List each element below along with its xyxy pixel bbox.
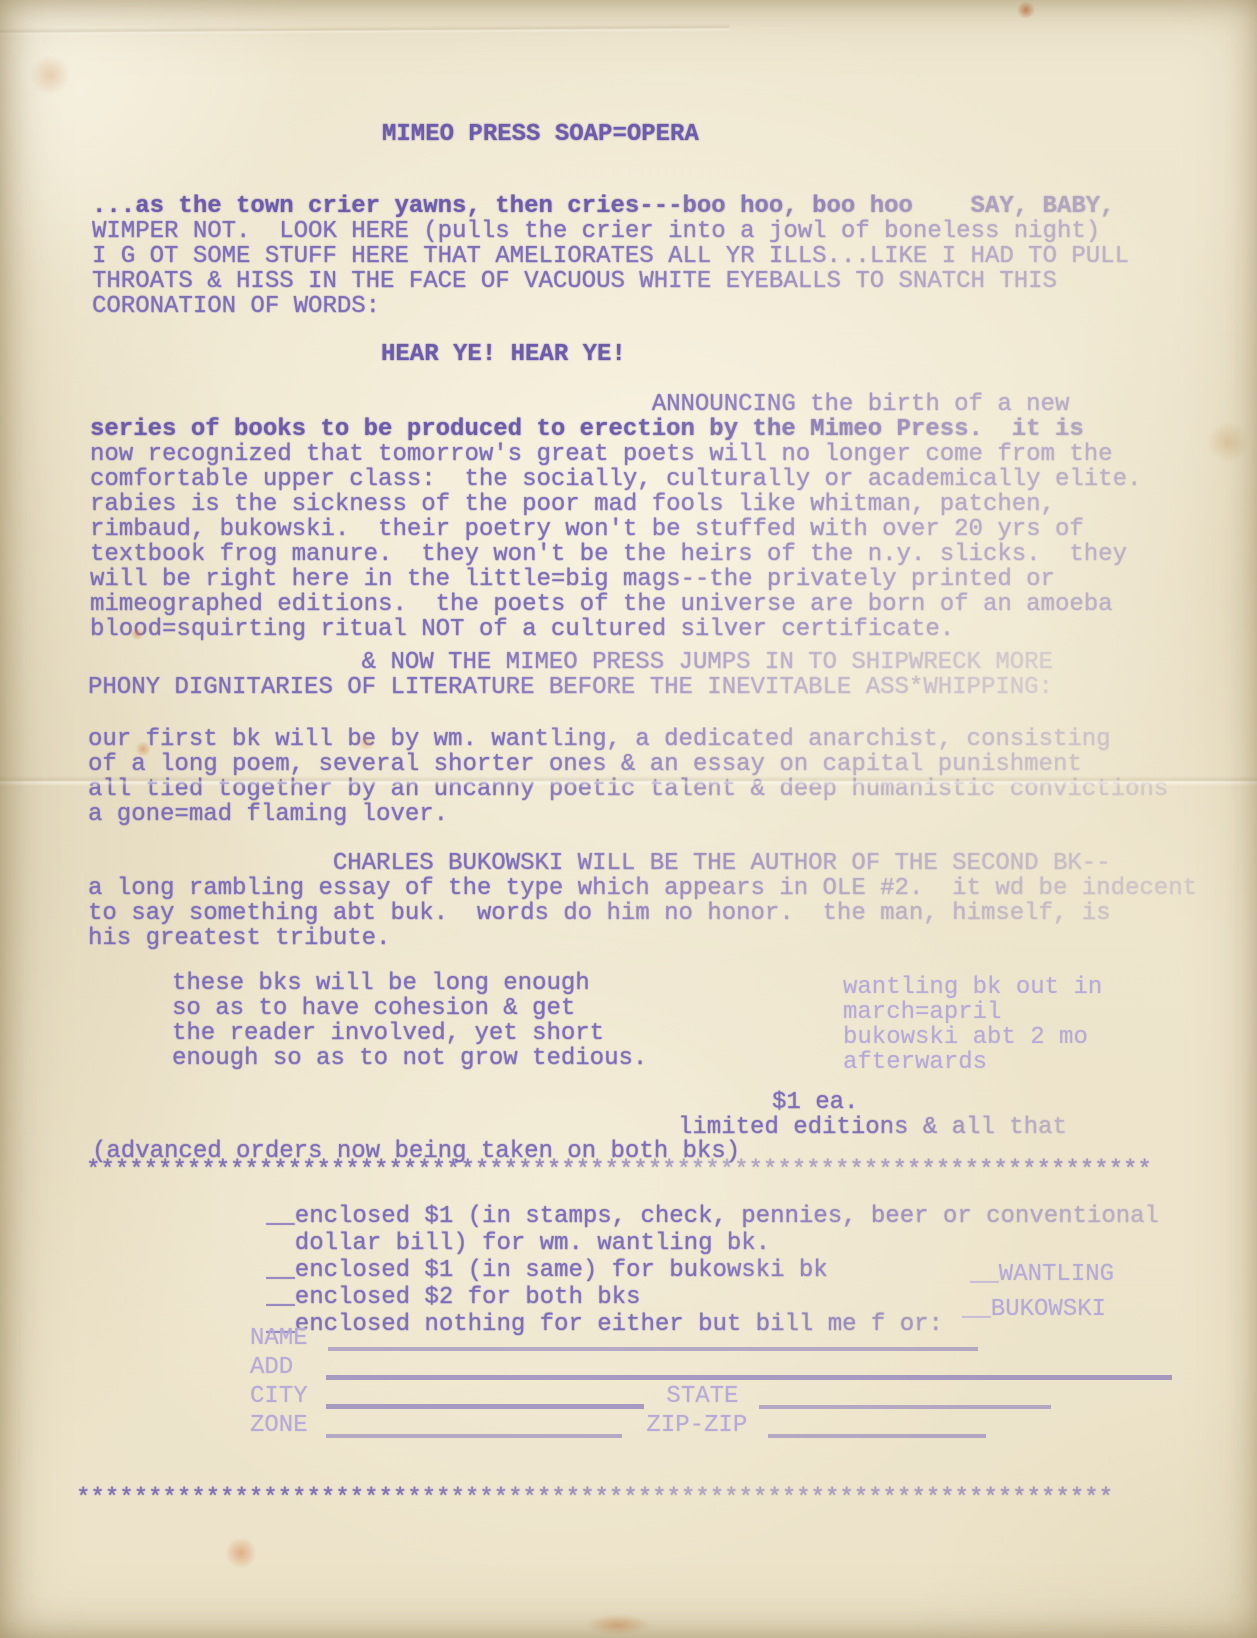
price-line: $1 ea. — [772, 1090, 858, 1115]
mimeo-flyer-page: MIMEO PRESS SOAP=OPERA ...as the town cr… — [0, 0, 1257, 1638]
text-line: blood=squirting ritual NOT of a cultured… — [90, 617, 1141, 642]
zone-zip-field-row: ZONE ZIP-ZIP — [250, 1413, 986, 1442]
state-blank-underline — [759, 1389, 1051, 1409]
text-line: rabies is the sickness of the poor mad f… — [90, 492, 1141, 517]
name-field-row: NAME — [250, 1326, 978, 1355]
paper-stain — [224, 1538, 258, 1568]
paper-stain — [586, 1614, 650, 1636]
text-line: comfortable upper class: the socially, c… — [90, 467, 1141, 492]
asterisk-divider-bottom: ****************************************… — [76, 1486, 1113, 1511]
text-line: march=april — [843, 1000, 1102, 1025]
hear-ye-heading: HEAR YE! HEAR YE! — [381, 342, 626, 367]
text-line: our first bk will be by wm. wantling, a … — [88, 727, 1168, 752]
text-line: CHARLES BUKOWSKI WILL BE THE AUTHOR OF T… — [88, 851, 1197, 876]
text-line: wantling bk out in — [843, 975, 1102, 1000]
announcement-paragraph: ANNOUNCING the birth of a new series of … — [90, 392, 1141, 642]
text-line: I G OT SOME STUFF HERE THAT AMELIORATES … — [92, 244, 1129, 269]
text-line: the reader involved, yet short — [172, 1021, 647, 1046]
text-line: rimbaud, bukowski. their poetry won't be… — [90, 517, 1141, 542]
text-line: CORONATION OF WORDS: — [92, 294, 1129, 319]
limited-editions-line: limited editions & all that — [678, 1115, 1067, 1140]
text-line: enough so as to not grow tedious. — [172, 1046, 647, 1071]
text-line: series of books to be produced to erecti… — [90, 417, 1141, 442]
text-line: all tied together by an uncanny poetic t… — [88, 777, 1168, 802]
wantling-book-paragraph: our first bk will be by wm. wantling, a … — [88, 727, 1168, 827]
text-line: afterwards — [843, 1050, 1102, 1075]
city-label: CITY — [250, 1383, 308, 1410]
shipwreck-paragraph: & NOW THE MIMEO PRESS JUMPS IN TO SHIPWR… — [88, 650, 1053, 700]
asterisk-divider-top: ****************************************… — [86, 1158, 1152, 1183]
text-line: THROATS & HISS IN THE FACE OF VACUOUS WH… — [92, 269, 1129, 294]
text-line: bukowski abt 2 mo — [843, 1025, 1102, 1050]
schedule-note-column: wantling bk out in march=april bukowski … — [843, 975, 1102, 1075]
text-line: PHONY DIGNITARIES OF LITERATURE BEFORE T… — [88, 675, 1053, 700]
bill-me-bukowski-option: __BUKOWSKI — [962, 1297, 1106, 1322]
order-option: __enclosed $1 (in stamps, check, pennies… — [266, 1203, 1159, 1230]
paper-stain — [1208, 420, 1248, 464]
text-line: ANNOUNCING the birth of a new — [90, 392, 1141, 417]
zone-blank-underline — [326, 1418, 622, 1438]
zip-blank-underline — [768, 1418, 986, 1438]
text-line: WIMPER NOT. LOOK HERE (pulls the crier i… — [92, 219, 1129, 244]
text-line: his greatest tribute. — [88, 926, 1197, 951]
text-line: so as to have cohesion & get — [172, 996, 647, 1021]
page-title: MIMEO PRESS SOAP=OPERA — [382, 122, 699, 147]
zip-label: ZIP-ZIP — [646, 1412, 747, 1439]
bukowski-book-paragraph: CHARLES BUKOWSKI WILL BE THE AUTHOR OF T… — [88, 851, 1197, 951]
intro-paragraph: ...as the town crier yawns, then cries--… — [92, 194, 1129, 319]
zone-label: ZONE — [250, 1412, 308, 1439]
address-blank-underline — [326, 1360, 1172, 1380]
text-line: of a long poem, several shorter ones & a… — [88, 752, 1168, 777]
name-blank-underline — [328, 1331, 978, 1351]
text-line: these bks will be long enough — [172, 971, 647, 996]
format-note-column: these bks will be long enough so as to h… — [172, 971, 647, 1071]
state-label: STATE — [666, 1383, 738, 1410]
paper-stain — [1016, 2, 1036, 18]
order-option: dollar bill) for wm. wantling bk. — [266, 1230, 1159, 1257]
text-line: mimeographed editions. the poets of the … — [90, 592, 1141, 617]
text-line: a gone=mad flaming lover. — [88, 802, 1168, 827]
city-state-field-row: CITY STATE — [250, 1384, 1051, 1413]
text-line: & NOW THE MIMEO PRESS JUMPS IN TO SHIPWR… — [88, 650, 1053, 675]
paper-stain — [28, 56, 72, 94]
text-line: textbook frog manure. they won't be the … — [90, 542, 1141, 567]
text-line: a long rambling essay of the type which … — [88, 876, 1197, 901]
name-label: NAME — [250, 1325, 308, 1352]
bill-me-wantling-option: __WANTLING — [970, 1262, 1114, 1287]
address-label: ADD — [250, 1354, 293, 1381]
fold-crease-top — [0, 24, 729, 36]
text-line: to say something abt buk. words do him n… — [88, 901, 1197, 926]
text-line: will be right here in the little=big mag… — [90, 567, 1141, 592]
address-field-row: ADD — [250, 1355, 1172, 1384]
city-blank-underline — [326, 1389, 644, 1409]
text-line: ...as the town crier yawns, then cries--… — [92, 194, 1129, 219]
text-line: now recognized that tomorrow's great poe… — [90, 442, 1141, 467]
